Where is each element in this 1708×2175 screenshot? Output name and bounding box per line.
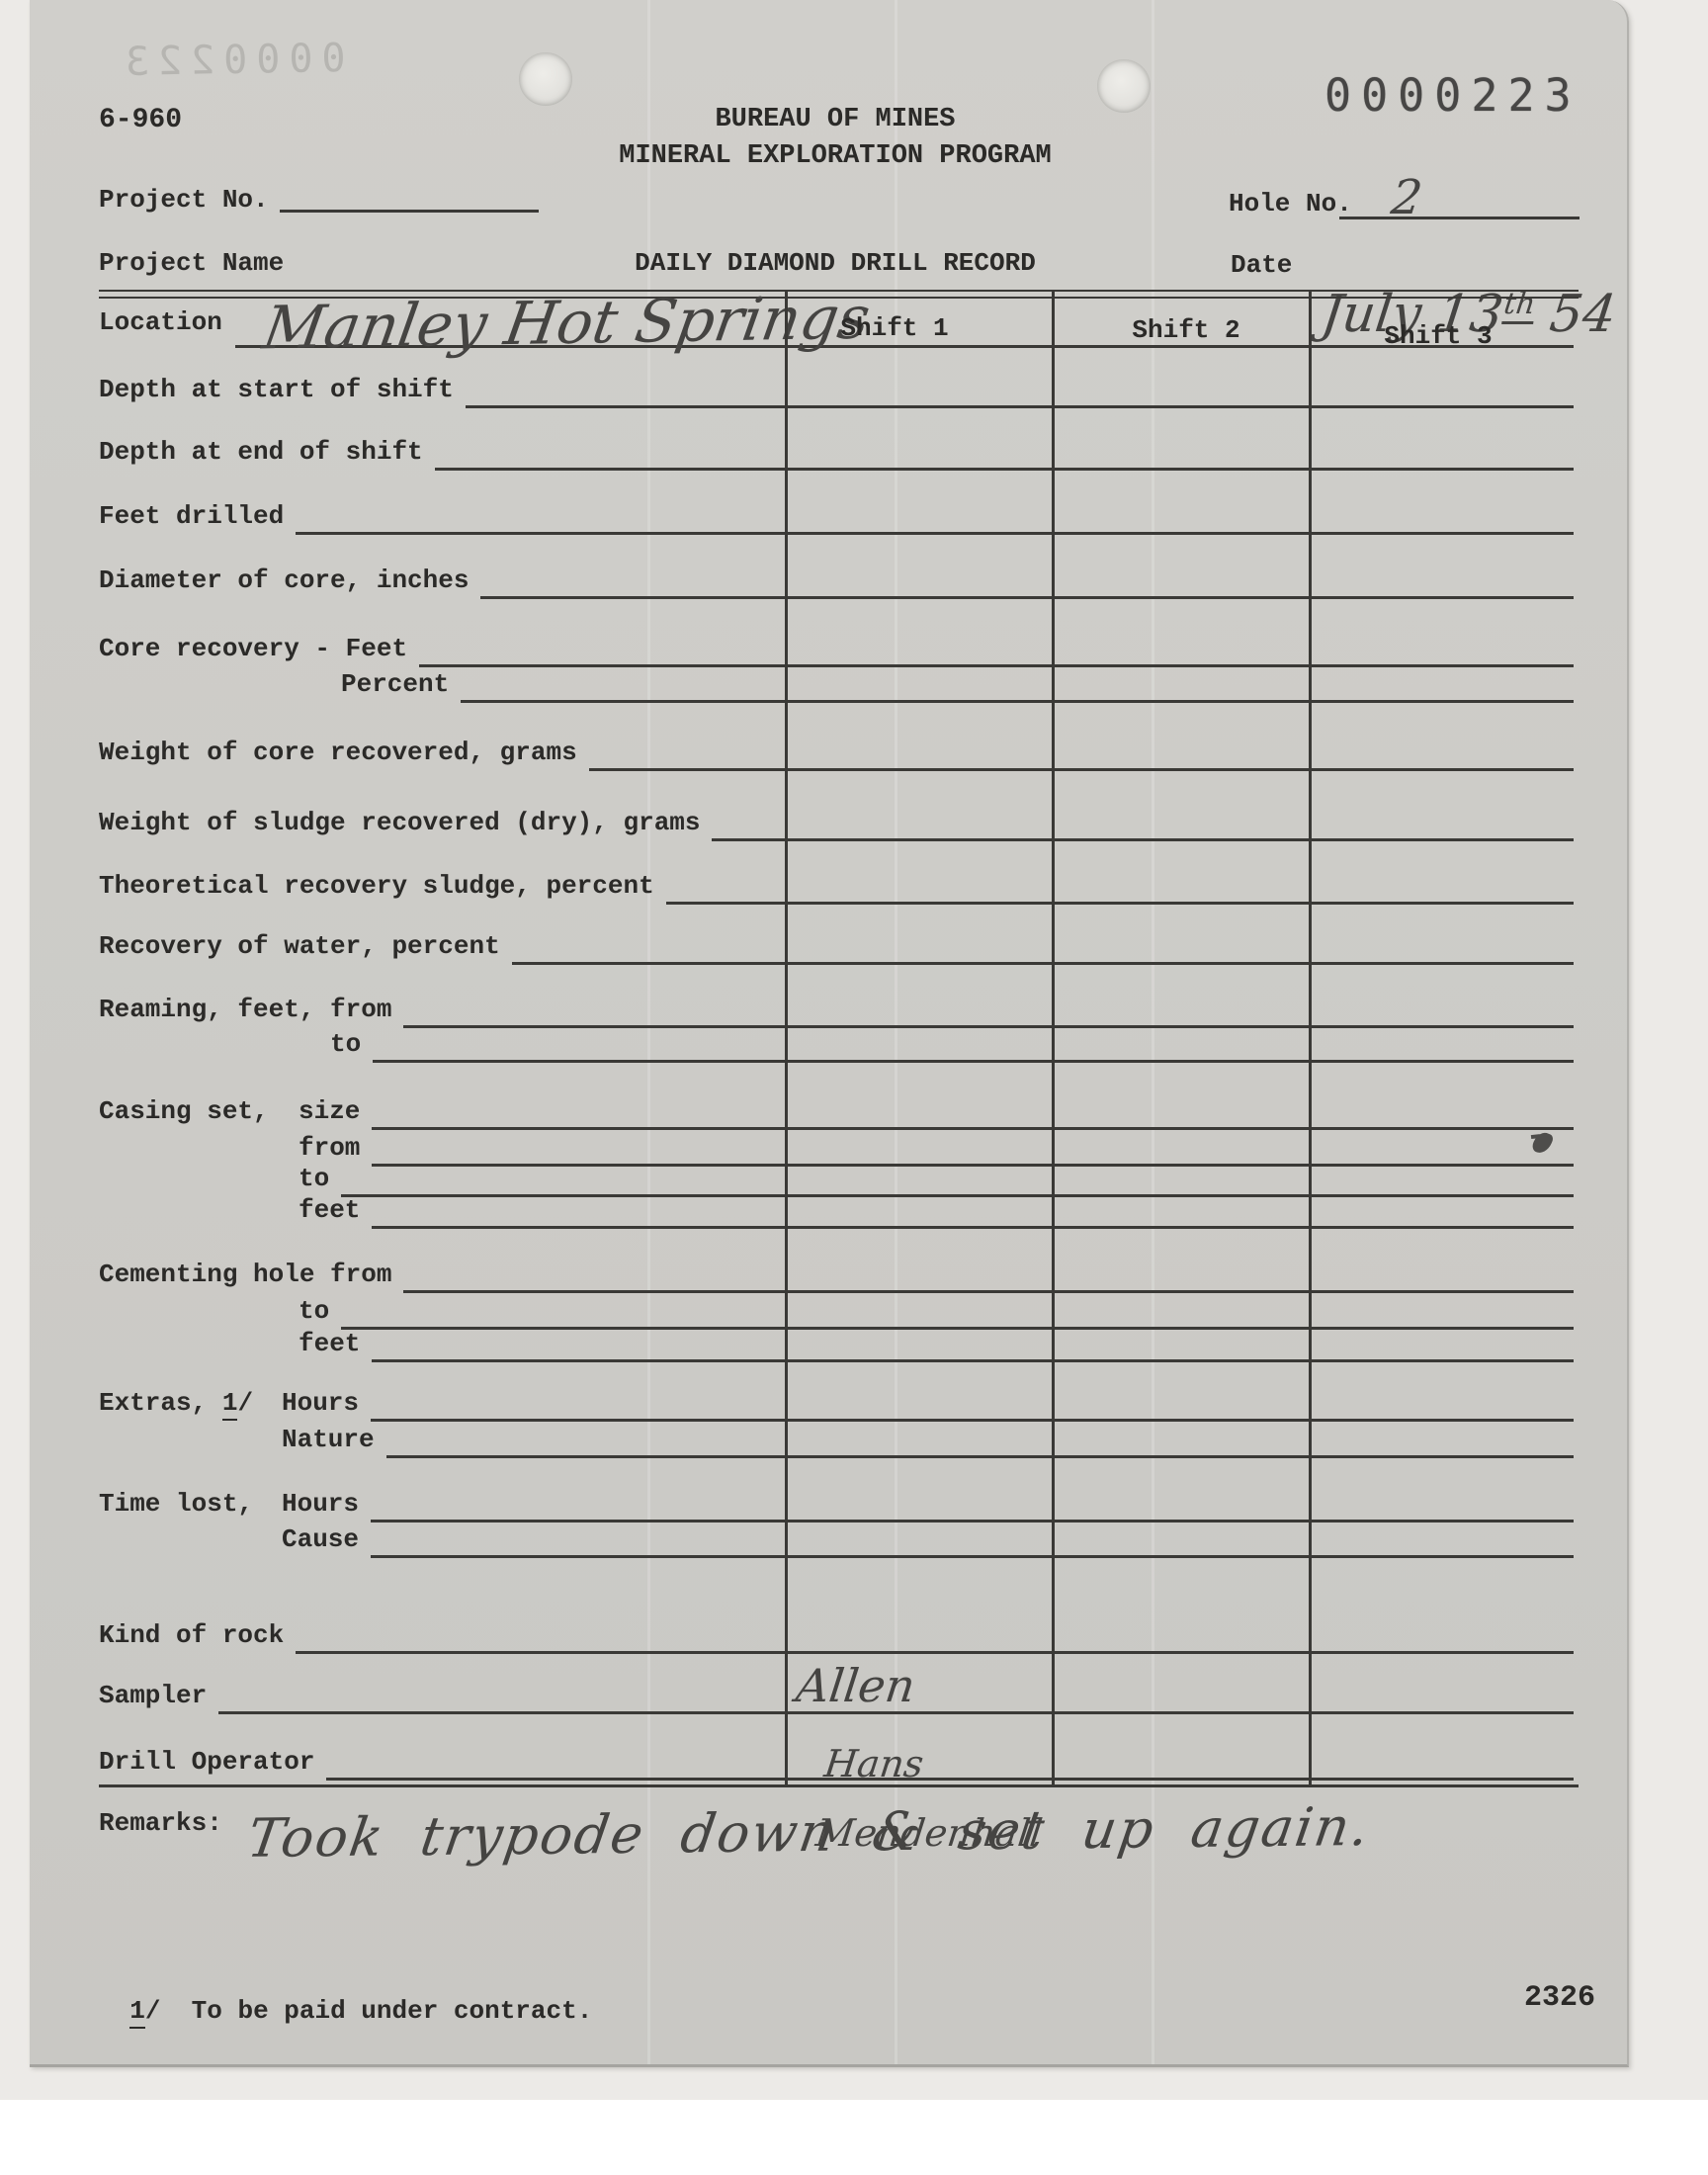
footnote-marker: 1 [129,1996,145,2029]
row-label: Weight of core recovered, grams [99,739,577,768]
column-header-shift-1: Shift 1 [796,314,993,344]
row-label: Cementing hole from [99,1261,391,1290]
row-sublabel: Percent [341,670,449,700]
location-label: Location [99,308,222,338]
page-number: 2326 [1524,1981,1595,2016]
title-line-1: BUREAU OF MINES [539,105,1132,135]
serial-number-stamp: 0000223 [1324,69,1581,122]
form-row: Casing set,size [99,1088,1574,1130]
footnote-marker-slash: / [145,1996,161,2026]
date-label: Date [1231,251,1292,281]
row-label-post: / [237,1388,253,1418]
footnote: 1/ To be paid under contract. [99,1967,592,2027]
fill-in-line [373,1060,1574,1063]
form-row: Weight of core recovered, grams [99,730,1574,771]
row-sublabel: size [299,1097,360,1127]
row-label: Recovery of water, percent [99,932,500,962]
project-no-label: Project No. [99,186,269,216]
form-row: Percent [99,661,1574,703]
row-label: Time lost, [99,1490,253,1520]
title-line-2: MINERAL EXPLORATION PROGRAM [539,141,1132,172]
fill-in-line [466,405,1574,408]
sampler-handwritten-value: Allen [794,1659,918,1712]
row-sublabel: Hours [282,1389,359,1419]
project-no-blank [280,210,539,213]
fill-in-line [372,1359,1574,1362]
row-sublabel: feet [299,1330,360,1359]
project-name-label: Project Name [99,249,284,279]
row-label: Diameter of core, inches [99,566,469,596]
row-label: Sampler [99,1682,207,1711]
column-header-shift-3: Shift 3 [1339,322,1537,352]
hole-no-label: Hole No. [1229,190,1352,219]
footnote-gap [160,1996,191,2026]
row-sublabel: to [330,1030,361,1060]
row-label: Casing set, [99,1097,269,1127]
hole-no-blank [1339,217,1580,219]
form-row: Kind of rock [99,1612,1574,1654]
drill-operator-first-name: Hans [822,1742,926,1785]
form-row: Extras, 1/Hours [99,1380,1574,1422]
form-row: Diameter of core, inches [99,558,1574,599]
form-row: to [99,1021,1574,1063]
fill-in-line [371,1555,1574,1558]
form-code: 6-960 [99,105,182,136]
fill-in-line [480,596,1574,599]
row-sublabel: Cause [282,1525,359,1555]
punch-hole-left [519,52,572,106]
record-title: DAILY DIAMOND DRILL RECORD [588,249,1082,279]
row-label: Depth at start of shift [99,376,454,405]
row-label: Depth at end of shift [99,438,423,468]
row-sublabel: Nature [282,1426,375,1455]
row-label: Theoretical recovery sludge, percent [99,872,654,902]
column-header-shift-2: Shift 2 [1087,316,1285,346]
form-row: Depth at end of shift [99,429,1574,471]
hole-no-handwritten-value: 2 [1389,170,1425,225]
remarks-handwritten-value: Took trypode down & set up again. [243,1795,1374,1870]
fill-in-line [296,1651,1574,1654]
footnote-text: To be paid under contract. [192,1996,593,2026]
form-row: Weight of sludge recovered (dry), grams [99,800,1574,841]
row-sublabel: feet [299,1196,360,1226]
row-label: Drill Operator [99,1748,314,1778]
form-row: Theoretical recovery sludge, percent [99,863,1574,905]
table-divider-3 [1309,290,1312,1787]
mirrored-stamp-bleedthrough: 0000223 [117,36,346,85]
row-label: Feet drilled [99,502,284,532]
fill-in-line [512,962,1574,965]
row-sublabel: Hours [282,1490,359,1520]
fill-in-line [461,700,1574,703]
form-title: BUREAU OF MINES MINERAL EXPLORATION PROG… [539,105,1132,172]
remarks-label: Remarks: [99,1809,222,1839]
row-label: Weight of sludge recovered (dry), grams [99,809,701,838]
fill-in-line [666,902,1574,905]
fill-in-line [435,468,1574,471]
form-row: Cause [99,1517,1574,1558]
table-divider-2 [1052,290,1055,1787]
row-label: Core recovery - Feet [99,635,407,664]
location-handwritten-value: Manley Hot Springs [259,284,875,364]
fill-in-line [589,768,1574,771]
fill-in-line [372,1226,1574,1229]
form-row: Cementing hole from [99,1252,1574,1293]
form-row: Feet drilled [99,493,1574,535]
fill-in-line [296,532,1574,535]
row-label-pre: Extras, [99,1388,222,1418]
fill-in-line [386,1455,1574,1458]
form-row: feet [99,1321,1574,1362]
row-label: Extras, 1/ [99,1389,253,1419]
form-row: Recovery of water, percent [99,923,1574,965]
row-label: Kind of rock [99,1621,284,1651]
fill-in-line [712,838,1574,841]
form-row: feet [99,1187,1574,1229]
table-divider-1 [785,290,788,1787]
form-row: Nature [99,1417,1574,1458]
form-row: Depth at start of shift [99,367,1574,408]
